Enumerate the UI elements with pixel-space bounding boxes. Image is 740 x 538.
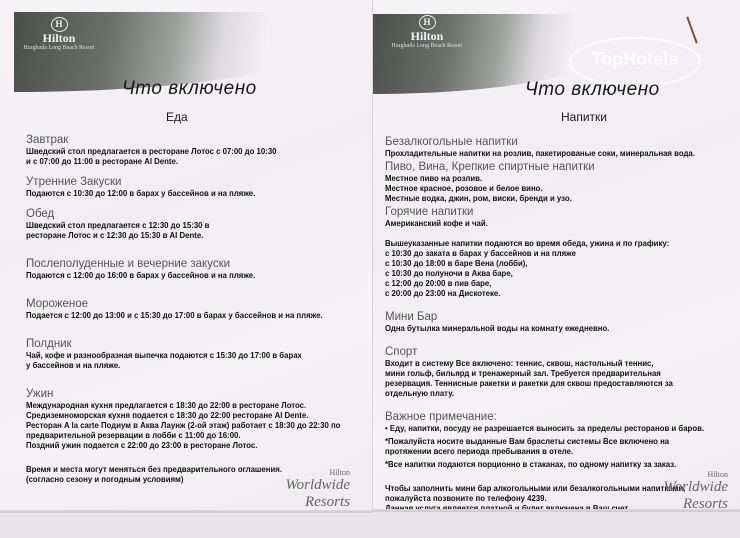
section: Горячие напиткиАмериканский кофе и чай.	[385, 206, 737, 229]
schedule-line: с 10:30 до 18:00 в баре Вена (лобби),	[385, 259, 737, 269]
pen-mark	[686, 17, 697, 44]
brand-main: Worldwide Resorts	[240, 477, 350, 511]
section-line: Ресторан A la carte Подиум в Аква Лаунж …	[26, 421, 366, 431]
section-heading: Пиво, Вина, Крепкие спиртные напитки	[385, 161, 737, 174]
important-note: Важное примечание:• Еду, напитки, посуду…	[385, 411, 737, 470]
page-subtitle: Напитки	[561, 110, 607, 124]
section-line: Чай, кофе и разнообразная выпечка подают…	[26, 351, 366, 361]
note-item: *Все напитки подаются порционно в стакан…	[385, 460, 737, 470]
section-line: Шведский стол предлагается в ресторане Л…	[26, 147, 366, 157]
section-line: Входит в систему Все включено: теннис, с…	[385, 359, 737, 369]
section-line: Местное красное, розовое и белое вино.	[385, 184, 737, 194]
section-line: у бассейнов и на пляже.	[26, 361, 366, 371]
section-heading: Утренние Закуски	[26, 176, 366, 189]
logo-subtitle: Hurghada Long Beach Resort	[14, 44, 104, 52]
section: МороженоеПодается с 12:00 до 13:00 и с 1…	[26, 298, 366, 321]
section-heading: Горячие напитки	[385, 206, 737, 219]
section-line: Местное пиво на розлив.	[385, 174, 737, 184]
section-line: Международная кухня предлагается с 18:30…	[26, 401, 366, 411]
brand-main: Worldwide Resorts	[618, 479, 728, 512]
section-line: Шведский стол предлагается с 12:30 до 15…	[26, 221, 366, 231]
hilton-logo: H Hilton Hurghada Long Beach Resort	[377, 12, 477, 50]
section-heading: Важное примечание:	[385, 411, 737, 424]
schedule-line: с 12:00 до 20:00 в пив баре,	[385, 279, 737, 289]
section-heading: Ужин	[26, 388, 366, 401]
schedule-line: Вышеуказанные напитки подаются во время …	[385, 239, 737, 249]
section: Утренние ЗакускиПодаются с 10:30 до 12:0…	[26, 176, 366, 199]
section-heading: Завтрак	[26, 134, 366, 147]
logo-name: Hilton	[377, 30, 477, 42]
note-line-text: • Еду, напитки, посуду не разрешается вы…	[385, 424, 737, 434]
section: ОбедШведский стол предлагается с 12:30 д…	[26, 208, 366, 241]
worldwide-resorts-logo: Hilton Worldwide Resorts The places you'…	[240, 468, 350, 513]
section-line: Подается с 12:00 до 13:00 и с 15:30 до 1…	[26, 311, 366, 321]
page-title: Что включено	[122, 78, 257, 100]
section-heading: Мороженое	[26, 298, 366, 311]
page-subtitle: Еда	[166, 110, 188, 124]
section-line: отдельную плату.	[385, 389, 737, 399]
section-line: Одна бутылка минеральной воды на комнату…	[385, 324, 737, 334]
section-line: ресторане Лотос и с 12:30 до 15:30 в Al …	[26, 231, 366, 241]
drinks-schedule: Вышеуказанные напитки подаются во время …	[385, 239, 737, 299]
note-line-text: *Пожалуйста носите выданные Вам браслеты…	[385, 437, 737, 447]
section-line: Местные водка, джин, ром, виски, бренди …	[385, 194, 737, 204]
page-title: Что включено	[525, 79, 660, 101]
section-heading: Послеполуденные и вечерние закуски	[26, 258, 366, 271]
section-heading: Полдник	[26, 338, 366, 351]
hilton-logo: H Hilton Hurghada Long Beach Resort	[14, 14, 104, 52]
section: Мини БарОдна бутылка минеральной воды на…	[385, 311, 737, 334]
section-line: Поздний ужин подается с 22:00 до 23:00 в…	[26, 441, 366, 451]
food-sections: ЗавтракШведский стол предлагается в рест…	[26, 134, 366, 485]
left-page-food: H Hilton Hurghada Long Beach Resort Что …	[0, 0, 372, 513]
section-line: Подаются с 12:00 до 16:00 в барах у басс…	[26, 271, 366, 281]
hilton-logo-icon: H	[51, 17, 68, 32]
section: ПолдникЧай, кофе и разнообразная выпечка…	[26, 338, 366, 371]
section: Безалкогольные напиткиПрохладительные на…	[385, 136, 737, 159]
brand-tagline: The places you'd rather be	[240, 511, 350, 513]
section-line: предварительной резервации в лобби с 11:…	[26, 431, 366, 441]
section: Пиво, Вина, Крепкие спиртные напиткиМест…	[385, 161, 737, 204]
section: Послеполуденные и вечерние закускиПодают…	[26, 258, 366, 281]
schedule-line: с 10:30 до заката в барах у бассейнов и …	[385, 249, 737, 259]
note-line-text: *Все напитки подаются порционно в стакан…	[385, 460, 737, 470]
section-line: и с 07:00 до 11:00 в ресторане Al Dente.	[26, 157, 366, 167]
hilton-logo-icon: H	[419, 15, 436, 30]
brand-hilton: Hilton	[240, 468, 350, 477]
schedule-line: с 20:00 до 23:00 на Дискотеке.	[385, 289, 737, 299]
section-line: Подаются с 10:30 до 12:00 в барах у басс…	[26, 189, 366, 199]
brand-hilton: Hilton	[618, 470, 728, 479]
right-page-drinks: H Hilton Hurghada Long Beach Resort TopH…	[372, 0, 740, 512]
drinks-sections: Безалкогольные напиткиПрохладительные на…	[385, 136, 737, 512]
section: УжинМеждународная кухня предлагается с 1…	[26, 388, 366, 451]
section-heading: Мини Бар	[385, 311, 737, 324]
schedule-line: с 10:30 до полуночи в Аква баре,	[385, 269, 737, 279]
section-line: Прохладительные напитки на розлив, пакет…	[385, 149, 737, 159]
logo-name: Hilton	[14, 32, 104, 44]
section-line: резервация. Теннисные ракетки и ракетки …	[385, 379, 737, 389]
section-line: Американский кофе и чай.	[385, 219, 737, 229]
section-line: мини гольф, бильярд и тренажерный зал. Т…	[385, 369, 737, 379]
note-item: • Еду, напитки, посуду не разрешается вы…	[385, 424, 737, 434]
section: СпортВходит в систему Все включено: тенн…	[385, 346, 737, 399]
worldwide-resorts-logo: Hilton Worldwide Resorts The places you'…	[618, 470, 728, 512]
section: ЗавтракШведский стол предлагается в рест…	[26, 134, 366, 167]
section-heading: Безалкогольные напитки	[385, 136, 737, 149]
note-line-text: протяжении всего периода пребывания в от…	[385, 447, 737, 457]
section-line: Средиземноморская кухня подается с 18:30…	[26, 411, 366, 421]
note-item: *Пожалуйста носите выданные Вам браслеты…	[385, 437, 737, 457]
logo-subtitle: Hurghada Long Beach Resort	[377, 42, 477, 50]
section-heading: Спорт	[385, 346, 737, 359]
section-heading: Обед	[26, 208, 366, 221]
